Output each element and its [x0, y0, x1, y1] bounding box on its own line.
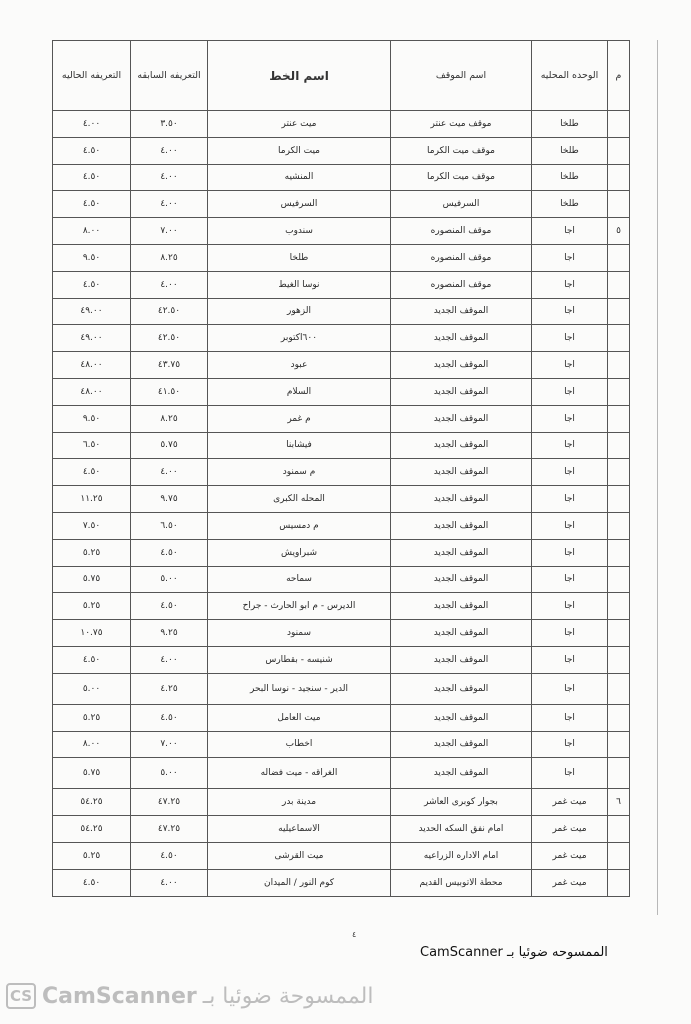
row-line-name: ميت القرشى: [208, 842, 391, 869]
row-station-name: الموقف الجديد: [391, 539, 532, 566]
row-local-unit: اجا: [532, 566, 608, 593]
row-index: [608, 164, 630, 191]
row-local-unit: اجا: [532, 673, 608, 704]
row-current-fare: ٥٤.٢٥: [53, 816, 131, 843]
row-previous-fare: ٧.٠٠: [131, 731, 208, 758]
watermark-brand: CamScanner: [42, 984, 197, 1009]
row-local-unit: اجا: [532, 646, 608, 673]
camscanner-watermark: CS CamScanner الممسوحة ضوئيا بـ: [6, 980, 373, 1012]
row-local-unit: طلخا: [532, 164, 608, 191]
header-previous-fare: التعريفه السابقه: [131, 41, 208, 111]
table-row: اجاالموقف الجديدالدير - سنجيد - نوسا الب…: [53, 673, 630, 704]
row-line-name: ميت الكرما: [208, 137, 391, 164]
row-index: [608, 816, 630, 843]
row-current-fare: ٩.٥٠: [53, 244, 131, 271]
row-current-fare: ١٠.٧٥: [53, 620, 131, 647]
row-station-name: الموقف الجديد: [391, 704, 532, 731]
row-station-name: موقف ميت الكرما: [391, 164, 532, 191]
table-row: ميت غمرامام الاداره الزراعيهميت القرشى٤.…: [53, 842, 630, 869]
fare-table: م الوحده المحليه اسم الموقف اسم الخط الت…: [52, 40, 630, 897]
row-previous-fare: ٤.٠٠: [131, 137, 208, 164]
row-local-unit: اجا: [532, 244, 608, 271]
row-line-name: سندوب: [208, 218, 391, 245]
row-index: ٥: [608, 218, 630, 245]
table-row: اجاالموقف الجديدم سمنود٤.٠٠٤.٥٠: [53, 459, 630, 486]
row-current-fare: ٤.٥٠: [53, 191, 131, 218]
row-line-name: سماحه: [208, 566, 391, 593]
row-index: [608, 673, 630, 704]
row-station-name: امام الاداره الزراعيه: [391, 842, 532, 869]
row-station-name: موقف المنصوره: [391, 244, 532, 271]
row-index: [608, 244, 630, 271]
row-local-unit: اجا: [532, 218, 608, 245]
row-previous-fare: ٤.٠٠: [131, 191, 208, 218]
row-current-fare: ٤.٥٠: [53, 271, 131, 298]
table-row: اجاموقف المنصورهنوسا الغيط٤.٠٠٤.٥٠: [53, 271, 630, 298]
row-line-name: ميت عنتر: [208, 111, 391, 138]
row-line-name: م سمنود: [208, 459, 391, 486]
row-line-name: المنشيه: [208, 164, 391, 191]
row-previous-fare: ٤٣.٧٥: [131, 352, 208, 379]
row-local-unit: ميت غمر: [532, 869, 608, 896]
row-local-unit: اجا: [532, 486, 608, 513]
row-local-unit: اجا: [532, 539, 608, 566]
row-station-name: امام نفق السكه الحديد: [391, 816, 532, 843]
row-line-name: كوم النور / الميدان: [208, 869, 391, 896]
table-row: اجاالموقف الجديدالديرس - م ابو الحارث - …: [53, 593, 630, 620]
row-previous-fare: ٤.٥٠: [131, 593, 208, 620]
row-previous-fare: ٤٧.٢٥: [131, 816, 208, 843]
row-current-fare: ٤.٥٠: [53, 137, 131, 164]
row-index: [608, 459, 630, 486]
row-previous-fare: ٤.٥٠: [131, 539, 208, 566]
row-line-name: فيشابنا: [208, 432, 391, 459]
row-current-fare: ٤.٥٠: [53, 646, 131, 673]
row-index: [608, 271, 630, 298]
row-previous-fare: ٤.٠٠: [131, 869, 208, 896]
row-index: [608, 593, 630, 620]
row-index: [608, 758, 630, 789]
row-index: [608, 352, 630, 379]
row-index: ٦: [608, 789, 630, 816]
table-row: اجاالموقف الجديدعبود٤٣.٧٥٤٨.٠٠: [53, 352, 630, 379]
row-local-unit: اجا: [532, 325, 608, 352]
row-index: [608, 325, 630, 352]
row-index: [608, 731, 630, 758]
row-station-name: الموقف الجديد: [391, 758, 532, 789]
row-station-name: الموقف الجديد: [391, 512, 532, 539]
row-current-fare: ٤.٥٠: [53, 869, 131, 896]
row-index: [608, 512, 630, 539]
row-index: [608, 191, 630, 218]
row-line-name: مدينة بدر: [208, 789, 391, 816]
row-current-fare: ٤.٥٠: [53, 164, 131, 191]
row-station-name: موقف المنصوره: [391, 218, 532, 245]
row-local-unit: اجا: [532, 731, 608, 758]
row-line-name: شبراويش: [208, 539, 391, 566]
row-previous-fare: ٣.٥٠: [131, 111, 208, 138]
row-current-fare: ٩.٥٠: [53, 405, 131, 432]
row-index: [608, 869, 630, 896]
row-index: [608, 704, 630, 731]
row-local-unit: اجا: [532, 432, 608, 459]
row-line-name: شنيسه - بقطارس: [208, 646, 391, 673]
row-local-unit: اجا: [532, 459, 608, 486]
row-line-name: الديرس - م ابو الحارث - جراح: [208, 593, 391, 620]
row-line-name: اخطاب: [208, 731, 391, 758]
row-current-fare: ٥.٢٥: [53, 593, 131, 620]
table-row: اجاموقف المنصورهطلخا٨.٢٥٩.٥٠: [53, 244, 630, 271]
row-local-unit: طلخا: [532, 191, 608, 218]
header-current-fare: التعريفه الحاليه: [53, 41, 131, 111]
row-line-name: الاسماعيليه: [208, 816, 391, 843]
row-line-name: ميت العامل: [208, 704, 391, 731]
row-index: [608, 842, 630, 869]
row-station-name: موقف ميت الكرما: [391, 137, 532, 164]
row-station-name: الموقف الجديد: [391, 593, 532, 620]
row-current-fare: ٥٤.٢٥: [53, 789, 131, 816]
row-previous-fare: ٤٧.٢٥: [131, 789, 208, 816]
row-current-fare: ١١.٢٥: [53, 486, 131, 513]
row-line-name: طلخا: [208, 244, 391, 271]
table-row: اجاالموقف الجديدالمحله الكبرى٩.٧٥١١.٢٥: [53, 486, 630, 513]
row-previous-fare: ٩.٧٥: [131, 486, 208, 513]
row-index: [608, 486, 630, 513]
table-row: اجاالموقف الجديدم دمسيس٦.٥٠٧.٥٠: [53, 512, 630, 539]
row-line-name: الزهور: [208, 298, 391, 325]
table-row: اجاالموقف الجديدالغراقه - ميت فضاله٥.٠٠٥…: [53, 758, 630, 789]
table-row: طلخاالسرفيسالسرفيس٤.٠٠٤.٥٠: [53, 191, 630, 218]
row-line-name: سمنود: [208, 620, 391, 647]
table-row: طلخاموقف ميت الكرماميت الكرما٤.٠٠٤.٥٠: [53, 137, 630, 164]
row-previous-fare: ٨.٢٥: [131, 405, 208, 432]
table-row: ميت غمرمحطة الاتوبيس القديمكوم النور / ا…: [53, 869, 630, 896]
row-index: [608, 111, 630, 138]
row-current-fare: ٨.٠٠: [53, 731, 131, 758]
header-index: م: [608, 41, 630, 111]
row-current-fare: ٧.٥٠: [53, 512, 131, 539]
row-local-unit: اجا: [532, 704, 608, 731]
row-previous-fare: ٥.٠٠: [131, 566, 208, 593]
row-line-name: الغراقه - ميت فضاله: [208, 758, 391, 789]
table-row: اجاالموقف الجديدم غمر٨.٢٥٩.٥٠: [53, 405, 630, 432]
row-line-name: نوسا الغيط: [208, 271, 391, 298]
table-row: اجاالموقف الجديداخطاب٧.٠٠٨.٠٠: [53, 731, 630, 758]
table-row: ٦ميت غمربجوار كوبرى العاشرمدينة بدر٤٧.٢٥…: [53, 789, 630, 816]
row-index: [608, 432, 630, 459]
page-edge-line: [657, 40, 658, 915]
row-current-fare: ٤٩.٠٠: [53, 298, 131, 325]
row-index: [608, 405, 630, 432]
row-station-name: الموقف الجديد: [391, 486, 532, 513]
table-row: اجاالموقف الجديدشنيسه - بقطارس٤.٠٠٤.٥٠: [53, 646, 630, 673]
row-current-fare: ٤٨.٠٠: [53, 352, 131, 379]
table-row: اجاالموقف الجديدسمنود٩.٢٥١٠.٧٥: [53, 620, 630, 647]
row-current-fare: ٥.٢٥: [53, 842, 131, 869]
row-current-fare: ٥.٧٥: [53, 758, 131, 789]
camscanner-logo-icon: CS: [6, 983, 36, 1009]
table-row: اجاالموقف الجديد٦٠٠اكتوبر٤٢.٥٠٤٩.٠٠: [53, 325, 630, 352]
row-previous-fare: ٤.٥٠: [131, 842, 208, 869]
row-line-name: عبود: [208, 352, 391, 379]
scan-note: الممسوحه ضوئيا بـ CamScanner: [420, 945, 670, 960]
row-station-name: الموقف الجديد: [391, 298, 532, 325]
row-previous-fare: ٦.٥٠: [131, 512, 208, 539]
row-line-name: ٦٠٠اكتوبر: [208, 325, 391, 352]
header-station-name: اسم الموقف: [391, 41, 532, 111]
row-local-unit: طلخا: [532, 111, 608, 138]
row-line-name: م غمر: [208, 405, 391, 432]
row-station-name: الموقف الجديد: [391, 459, 532, 486]
row-local-unit: اجا: [532, 620, 608, 647]
row-station-name: الموقف الجديد: [391, 325, 532, 352]
table-row: اجاالموقف الجديدميت العامل٤.٥٠٥.٢٥: [53, 704, 630, 731]
row-station-name: الموقف الجديد: [391, 673, 532, 704]
row-line-name: المحله الكبرى: [208, 486, 391, 513]
row-current-fare: ٥.٢٥: [53, 539, 131, 566]
row-current-fare: ٤.٥٠: [53, 459, 131, 486]
table-row: ميت غمرامام نفق السكه الحديدالاسماعيليه٤…: [53, 816, 630, 843]
row-index: [608, 298, 630, 325]
row-line-name: الدير - سنجيد - نوسا البحر: [208, 673, 391, 704]
row-current-fare: ٥.٢٥: [53, 704, 131, 731]
table-header-row: م الوحده المحليه اسم الموقف اسم الخط الت…: [53, 41, 630, 111]
table-row: اجاالموقف الجديدفيشابنا٥.٧٥٦.٥٠: [53, 432, 630, 459]
row-current-fare: ٤.٠٠: [53, 111, 131, 138]
row-current-fare: ٦.٥٠: [53, 432, 131, 459]
row-station-name: الموقف الجديد: [391, 378, 532, 405]
row-previous-fare: ٤.٠٠: [131, 459, 208, 486]
row-station-name: الموقف الجديد: [391, 432, 532, 459]
table-row: اجاالموقف الجديدالسلام٤١.٥٠٤٨.٠٠: [53, 378, 630, 405]
table-row: ٥اجاموقف المنصورهسندوب٧.٠٠٨.٠٠: [53, 218, 630, 245]
row-station-name: بجوار كوبرى العاشر: [391, 789, 532, 816]
table-row: اجاالموقف الجديدالزهور٤٢.٥٠٤٩.٠٠: [53, 298, 630, 325]
row-previous-fare: ٤.٠٠: [131, 271, 208, 298]
table-row: طلخاموقف ميت عنترميت عنتر٣.٥٠٤.٠٠: [53, 111, 630, 138]
row-current-fare: ٨.٠٠: [53, 218, 131, 245]
row-previous-fare: ٧.٠٠: [131, 218, 208, 245]
row-current-fare: ٥.٠٠: [53, 673, 131, 704]
table-row: اجاالموقف الجديدسماحه٥.٠٠٥.٧٥: [53, 566, 630, 593]
row-station-name: السرفيس: [391, 191, 532, 218]
row-index: [608, 378, 630, 405]
row-previous-fare: ٤.٠٠: [131, 646, 208, 673]
row-current-fare: ٥.٧٥: [53, 566, 131, 593]
row-current-fare: ٤٩.٠٠: [53, 325, 131, 352]
row-index: [608, 646, 630, 673]
row-line-name: السلام: [208, 378, 391, 405]
row-station-name: موقف ميت عنتر: [391, 111, 532, 138]
row-previous-fare: ٤٢.٥٠: [131, 298, 208, 325]
row-previous-fare: ٤.٥٠: [131, 704, 208, 731]
row-index: [608, 137, 630, 164]
row-local-unit: اجا: [532, 378, 608, 405]
row-local-unit: اجا: [532, 405, 608, 432]
row-previous-fare: ٥.٠٠: [131, 758, 208, 789]
row-station-name: الموقف الجديد: [391, 566, 532, 593]
row-local-unit: اجا: [532, 593, 608, 620]
header-line-name: اسم الخط: [208, 41, 391, 111]
row-local-unit: طلخا: [532, 137, 608, 164]
row-station-name: الموقف الجديد: [391, 352, 532, 379]
watermark-text: الممسوحة ضوئيا بـ: [203, 984, 374, 1009]
row-station-name: محطة الاتوبيس القديم: [391, 869, 532, 896]
table-row: طلخاموقف ميت الكرماالمنشيه٤.٠٠٤.٥٠: [53, 164, 630, 191]
row-local-unit: اجا: [532, 352, 608, 379]
row-local-unit: ميت غمر: [532, 789, 608, 816]
row-local-unit: اجا: [532, 298, 608, 325]
table-row: اجاالموقف الجديدشبراويش٤.٥٠٥.٢٥: [53, 539, 630, 566]
row-line-name: م دمسيس: [208, 512, 391, 539]
row-local-unit: ميت غمر: [532, 842, 608, 869]
row-previous-fare: ٤.٠٠: [131, 164, 208, 191]
row-station-name: الموقف الجديد: [391, 405, 532, 432]
row-previous-fare: ٤١.٥٠: [131, 378, 208, 405]
row-previous-fare: ٨.٢٥: [131, 244, 208, 271]
page-number: ٤: [352, 930, 356, 939]
row-station-name: الموقف الجديد: [391, 731, 532, 758]
row-local-unit: اجا: [532, 512, 608, 539]
row-index: [608, 566, 630, 593]
row-station-name: الموقف الجديد: [391, 620, 532, 647]
row-previous-fare: ٤.٢٥: [131, 673, 208, 704]
row-previous-fare: ٥.٧٥: [131, 432, 208, 459]
header-local-unit: الوحده المحليه: [532, 41, 608, 111]
row-local-unit: ميت غمر: [532, 816, 608, 843]
row-local-unit: اجا: [532, 271, 608, 298]
row-index: [608, 620, 630, 647]
row-previous-fare: ٩.٢٥: [131, 620, 208, 647]
row-index: [608, 539, 630, 566]
row-line-name: السرفيس: [208, 191, 391, 218]
row-current-fare: ٤٨.٠٠: [53, 378, 131, 405]
row-previous-fare: ٤٢.٥٠: [131, 325, 208, 352]
row-station-name: موقف المنصوره: [391, 271, 532, 298]
row-station-name: الموقف الجديد: [391, 646, 532, 673]
row-local-unit: اجا: [532, 758, 608, 789]
